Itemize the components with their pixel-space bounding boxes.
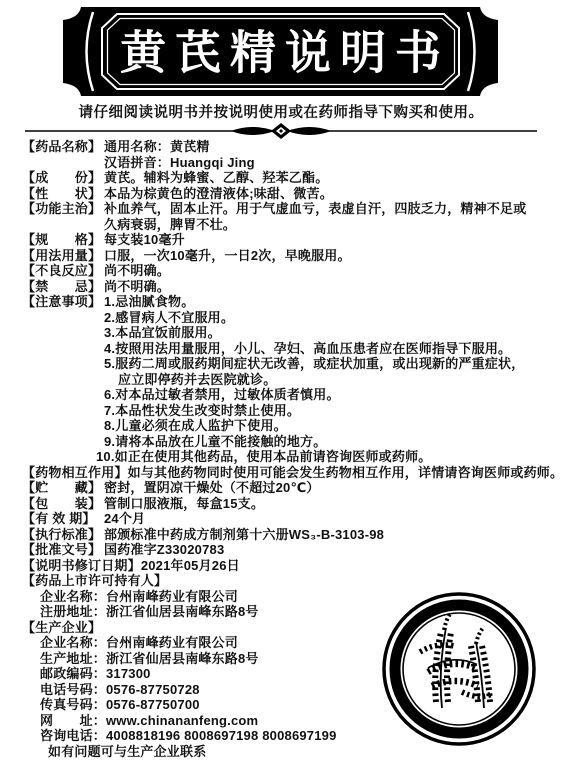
- field-value: 通用名称：黄芪精: [104, 139, 210, 154]
- field-value: 密封，置阴凉干燥处（不超过20℃）: [104, 480, 320, 495]
- field-label: 【禁 忌】: [22, 279, 104, 295]
- field-value: 9.请将本品放在儿童不能接触的地方。: [104, 434, 326, 449]
- spec-row: 【性 状】本品为棕黄色的澄清液体;味甜、微苦。: [22, 186, 560, 202]
- field-value: 久病衰弱，脾胃不壮。: [104, 217, 236, 232]
- field-value: 5.服药二周或服药期间症状无改善，或症状加重，或出现新的严重症状，: [104, 356, 524, 371]
- field-value: 汉语拼音：Huangqi Jing: [104, 155, 255, 170]
- ornament-divider: [25, 123, 537, 139]
- field-label: 【有 效 期】: [22, 511, 104, 527]
- spec-row: 【功能主治】补血养气，固本止汗。用于气虚血亏，表虚自汗，四肢乏力，精神不足或: [22, 201, 560, 217]
- field-value: 4.按照用法用量服用，小儿、孕妇、高血压患者应在医师指导下服用。: [104, 341, 511, 356]
- field-value: 2021年05月26日: [141, 558, 240, 573]
- field-value: 网 址：www.chinananfeng.com: [40, 713, 258, 728]
- field-value: 传真号码：0576-87750700: [40, 697, 200, 712]
- field-value: 国药准字Z33020783: [104, 542, 224, 557]
- field-value: 10.如正在使用其他药品，使用本品前请咨询医师或药师。: [96, 449, 431, 464]
- field-label: 【药物相互作用】: [22, 465, 128, 481]
- spec-row: 【执行标准】部颁标准中药成方制剂第十六册WS₃-B-3103-98: [22, 527, 560, 543]
- field-value: 如有问题可与生产企业联系: [48, 744, 206, 759]
- field-value: 应立即停药并去医院就诊。: [118, 372, 276, 387]
- field-value: 2.感冒病人不宜服用。: [104, 310, 234, 325]
- field-value: 尚不明确。: [104, 279, 170, 294]
- field-label: 【批准文号】: [22, 542, 104, 558]
- leaflet-page: 黄芪精说明书 请仔细阅读说明书并按说明使用或在药师指导下购买和使用。 【药品名称…: [0, 0, 562, 771]
- field-value: 1.忌油腻食物。: [104, 294, 194, 309]
- spec-row: 【用法用量】口服，一次10毫升，一日2次，早晚服用。: [22, 248, 560, 264]
- spec-row: 7.本品性状发生改变时禁止使用。: [22, 403, 560, 419]
- spec-row: 【有 效 期】24个月: [22, 511, 560, 527]
- spec-row: 【禁 忌】尚不明确。: [22, 279, 560, 295]
- field-value: 7.本品性状发生改变时禁止使用。: [104, 403, 300, 418]
- field-label: 【说明书修订日期】: [22, 558, 141, 574]
- field-label: 【执行标准】: [22, 527, 104, 543]
- field-label: 【规 格】: [22, 232, 104, 248]
- field-label: 【贮 藏】: [22, 480, 104, 496]
- spec-row: 【贮 藏】密封，置阴凉干燥处（不超过20℃）: [22, 480, 560, 496]
- field-value: 3.本品宜饭前服用。: [104, 325, 221, 340]
- field-value: 24个月: [104, 511, 145, 526]
- spec-row: 【规 格】每支装10毫升: [22, 232, 560, 248]
- field-value: 注册地址：浙江省仙居县南峰东路8号: [40, 604, 259, 619]
- spec-row: 【包 装】管制口服液瓶，每盒15支。: [22, 496, 560, 512]
- field-value: 电话号码：0576-87750728: [40, 682, 200, 697]
- spec-row: 【批准文号】国药准字Z33020783: [22, 542, 560, 558]
- field-value: 8.儿童必须在成人监护下使用。: [104, 418, 287, 433]
- field-label: 【药品名称】: [22, 139, 104, 155]
- field-value: 管制口服液瓶，每盒15支。: [104, 496, 264, 511]
- spec-row: 10.如正在使用其他药品，使用本品前请咨询医师或药师。: [22, 449, 560, 465]
- spec-row: 3.本品宜饭前服用。: [22, 325, 560, 341]
- spec-row: 4.按照用法用量服用，小儿、孕妇、高血压患者应在医师指导下服用。: [22, 341, 560, 357]
- field-value: 邮政编码：317300: [40, 666, 151, 681]
- field-value: 补血养气，固本止汗。用于气虚血亏，表虚自汗，四肢乏力，精神不足或: [104, 201, 526, 216]
- usage-notice: 请仔细阅读说明书并按说明使用或在药师指导下购买和使用。: [0, 101, 562, 122]
- astragalus-seal-stamp: [380, 590, 538, 748]
- field-value: 每支装10毫升: [104, 232, 185, 247]
- spec-row: 9.请将本品放在儿童不能接触的地方。: [22, 434, 560, 450]
- spec-row: 8.儿童必须在成人监护下使用。: [22, 418, 560, 434]
- field-value: 本品为棕黄色的澄清液体;味甜、微苦。: [104, 186, 333, 201]
- field-label: 【药品上市许可持有人】: [22, 573, 167, 589]
- spec-row: 【注意事项】1.忌油腻食物。: [22, 294, 560, 310]
- spec-row: 6.对本品过敏者禁用，过敏体质者慎用。: [22, 387, 560, 403]
- spec-row: 汉语拼音：Huangqi Jing: [22, 155, 560, 171]
- spec-row: 【不良反应】尚不明确。: [22, 263, 560, 279]
- spec-row: 应立即停药并去医院就诊。: [22, 372, 560, 388]
- spec-row: 【药品上市许可持有人】: [22, 573, 560, 589]
- spec-row: 2.感冒病人不宜服用。: [22, 310, 560, 326]
- fern-leaf-icon: [420, 614, 492, 708]
- field-value: 尚不明确。: [104, 263, 170, 278]
- field-label: 【性 状】: [22, 186, 104, 202]
- field-value: 生产地址：浙江省仙居县南峰东路8号: [40, 651, 259, 666]
- field-value: 6.对本品过敏者禁用，过敏体质者慎用。: [104, 387, 340, 402]
- field-value: 口服，一次10毫升，一日2次，早晚服用。: [104, 248, 351, 263]
- field-value: 企业名称：台州南峰药业有限公司: [40, 589, 238, 604]
- field-value: 咨询电话：4008818196 8008697198 8008697199: [40, 728, 337, 743]
- field-label: 【注意事项】: [22, 294, 104, 310]
- spec-row: 5.服药二周或服药期间症状无改善，或症状加重，或出现新的严重症状，: [22, 356, 560, 372]
- title-plaque: 黄芪精说明书: [63, 7, 498, 96]
- spec-row: 【药物相互作用】如与其他药物同时使用可能会发生药物相互作用，详情请咨询医师或药师…: [22, 465, 560, 481]
- spec-row: 【说明书修订日期】2021年05月26日: [22, 558, 560, 574]
- field-value: 如与其他药物同时使用可能会发生药物相互作用，详情请咨询医师或药师。: [128, 465, 562, 480]
- spec-row: 久病衰弱，脾胃不壮。: [22, 217, 560, 233]
- field-value: 黄芪。辅料为蜂蜜、乙醇、羟苯乙酯。: [104, 170, 328, 185]
- field-value: 部颁标准中药成方制剂第十六册WS₃-B-3103-98: [104, 527, 384, 542]
- field-label: 【用法用量】: [22, 248, 104, 264]
- field-label: 【不良反应】: [22, 263, 104, 279]
- field-value: 企业名称：台州南峰药业有限公司: [40, 635, 238, 650]
- spec-row: 【药品名称】通用名称：黄芪精: [22, 139, 560, 155]
- field-label: 【包 装】: [22, 496, 104, 512]
- page-title: 黄芪精说明书: [63, 16, 498, 82]
- field-label: 【生产企业】: [22, 620, 104, 636]
- field-label: 【功能主治】: [22, 201, 104, 217]
- field-label: 【成 份】: [22, 170, 104, 186]
- spec-row: 【成 份】黄芪。辅料为蜂蜜、乙醇、羟苯乙酯。: [22, 170, 560, 186]
